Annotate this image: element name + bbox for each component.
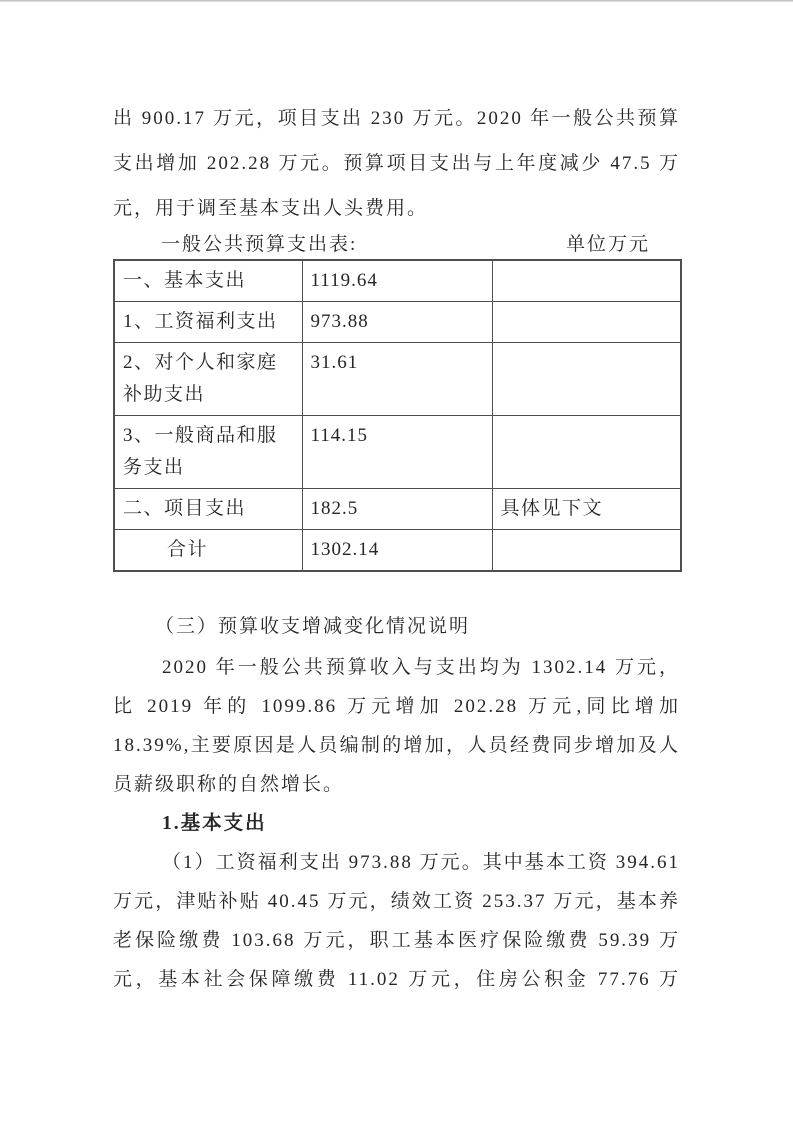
basic-expenditure-paragraph: （1）工资福利支出 973.88 万元。其中基本工资 394.61 万元，津贴补… — [113, 843, 680, 999]
table-row: 一、基本支出 1119.64 — [114, 260, 681, 302]
table-row: 3、一般商品和服务支出 114.15 — [114, 416, 681, 489]
cell-category: 合计 — [114, 530, 302, 572]
document-page: 出 900.17 万元，项目支出 230 万元。2020 年一般公共预算支出增加… — [0, 0, 793, 1122]
cell-value: 182.5 — [302, 489, 492, 530]
table-row: 合计 1302.14 — [114, 530, 681, 572]
cell-note: 具体见下文 — [492, 489, 681, 530]
cell-note — [492, 416, 681, 489]
cell-category: 1、工资福利支出 — [114, 302, 302, 343]
cell-note — [492, 343, 681, 416]
section-paragraph: 2020 年一般公共预算收入与支出均为 1302.14 万元，比 2019 年的… — [113, 648, 680, 804]
table-row: 2、对个人和家庭补助支出 31.61 — [114, 343, 681, 416]
table-row: 二、项目支出 182.5 具体见下文 — [114, 489, 681, 530]
paragraph-continuation: 出 900.17 万元，项目支出 230 万元。2020 年一般公共预算支出增加… — [113, 96, 680, 231]
table-row: 1、工资福利支出 973.88 — [114, 302, 681, 343]
table-caption-row: 一般公共预算支出表: 单位万元 — [113, 231, 680, 259]
cell-category: 2、对个人和家庭补助支出 — [114, 343, 302, 416]
basic-expenditure-heading: 1.基本支出 — [113, 804, 680, 843]
cell-note — [492, 302, 681, 343]
cell-value: 31.61 — [302, 343, 492, 416]
cell-category: 一、基本支出 — [114, 260, 302, 302]
section-heading: （三）预算收支增减变化情况说明 — [113, 606, 680, 648]
cell-note — [492, 530, 681, 572]
cell-value: 114.15 — [302, 416, 492, 489]
cell-note — [492, 260, 681, 302]
cell-value: 1119.64 — [302, 260, 492, 302]
budget-expenditure-table: 一、基本支出 1119.64 1、工资福利支出 973.88 2、对个人和家庭补… — [113, 259, 682, 572]
page-top-edge — [0, 0, 793, 2]
cell-category: 二、项目支出 — [114, 489, 302, 530]
table-unit-label: 单位万元 — [566, 231, 680, 259]
cell-value: 973.88 — [302, 302, 492, 343]
cell-category: 3、一般商品和服务支出 — [114, 416, 302, 489]
cell-value: 1302.14 — [302, 530, 492, 572]
table-caption: 一般公共预算支出表: — [113, 231, 357, 259]
